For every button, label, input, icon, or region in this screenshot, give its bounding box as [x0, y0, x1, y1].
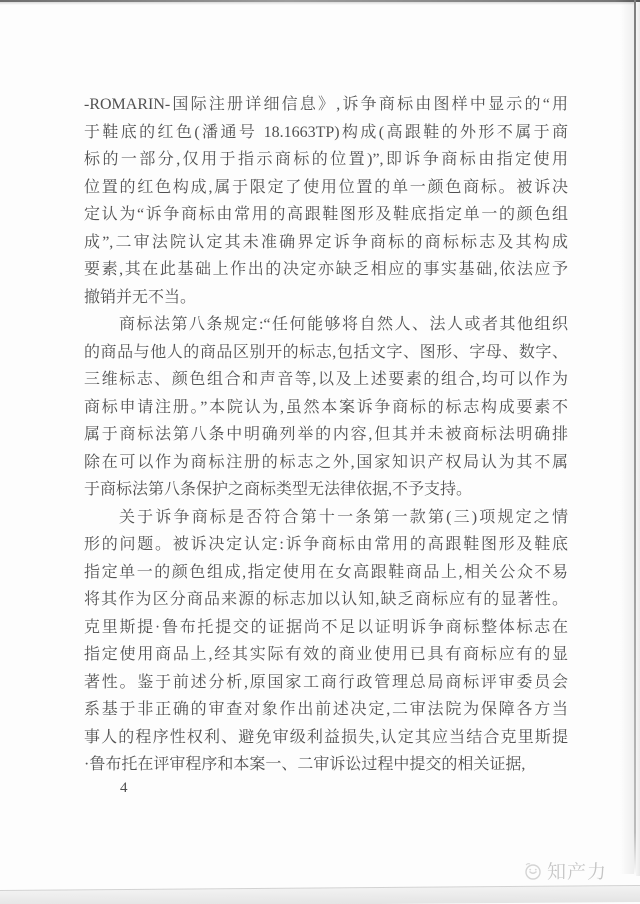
text-line: 成”,二审法院认定其未准确界定诉争商标的商标标志及其构成 — [84, 229, 568, 257]
text-line: 商标申请注册。”本院认为,虽然本案诉争商标的标志构成要素不 — [84, 394, 568, 422]
text-line: 形的问题。被诉决定认定:诉争商标由常用的高跟鞋图形及鞋底 — [84, 531, 568, 559]
text-line: 位置的红色构成,属于限定了使用位置的单一颜色商标。被诉决 — [84, 174, 568, 202]
watermark: 知产力 — [522, 857, 607, 884]
text-line: 指定使用商品上,经其实际有效的商业使用已具有商标应有的显 — [84, 641, 568, 669]
text-line: 于鞋底的红色(潘通号 18.1663TP)构成(高跟鞋的外形不属于商 — [84, 119, 568, 147]
text-line: 克里斯提·鲁布托提交的证据尚不足以证明诉争商标整体标志在 — [84, 614, 568, 642]
watermark-text: 知产力 — [547, 857, 607, 884]
text-line: -ROMARIN-国际注册详细信息》,诉争商标由图样中显示的“用 — [84, 91, 568, 119]
text-line: 著性。鉴于前述分析,原国家工商行政管理总局商标评审委员会 — [84, 669, 568, 697]
text-line: 关于诉争商标是否符合第十一条第一款第(三)项规定之情 — [84, 504, 568, 532]
document-body: -ROMARIN-国际注册详细信息》,诉争商标由图样中显示的“用于鞋底的红色(潘… — [84, 91, 568, 779]
text-line: 事人的程序性权利、避免审级利益损失,认定其应当结合克里斯提 — [84, 724, 568, 752]
text-line: 要素,其在此基础上作出的决定亦缺乏相应的事实基础,依法应予 — [84, 256, 568, 284]
text-line: 将其作为区分商品来源的标志加以认知,缺乏商标应有的显著性。 — [84, 586, 568, 614]
text-line: 三维标志、颜色组合和声音等,以及上述要素的组合,均可以作为 — [84, 366, 568, 394]
scan-top-edge-shadow — [0, 2, 640, 5]
text-line: 标的一部分,仅用于指示商标的位置)”,即诉争商标由指定使用 — [84, 146, 568, 174]
text-line: 撤销并无不当。 — [84, 284, 568, 312]
scan-bottom-edge — [0, 885, 640, 904]
scan-right-edge-shadow — [620, 2, 634, 874]
text-line: 于商标法第八条保护之商标类型无法律依据,不予支持。 — [84, 476, 568, 504]
text-line: 属于商标法第八条中明确列举的内容,但其并未被商标法明确排 — [84, 421, 568, 449]
scan-right-edge-outer — [636, 2, 640, 876]
text-line: 系基于非正确的审查对象作出前述决定,二审法院为保障各方当 — [84, 696, 568, 724]
text-line: 定认为“诉争商标由常用的高跟鞋图形及鞋底指定单一的颜色组 — [84, 201, 568, 229]
zhichanli-logo-icon — [522, 860, 544, 882]
text-line: 指定单一的颜色组成,指定使用在女高跟鞋商品上,相关公众不易 — [84, 559, 568, 587]
page-number: 4 — [120, 780, 128, 797]
text-line: 商标法第八条规定:“任何能够将自然人、法人或者其他组织 — [84, 311, 568, 339]
text-line: ·鲁布托在评审程序和本案一、二审诉讼过程中提交的相关证据, — [84, 751, 568, 779]
text-line: 除在可以作为商标注册的标志之外,国家知识产权局认为其不属 — [84, 449, 568, 477]
text-line: 的商品与他人的商品区别开的标志,包括文字、图形、字母、数字、 — [84, 339, 568, 367]
